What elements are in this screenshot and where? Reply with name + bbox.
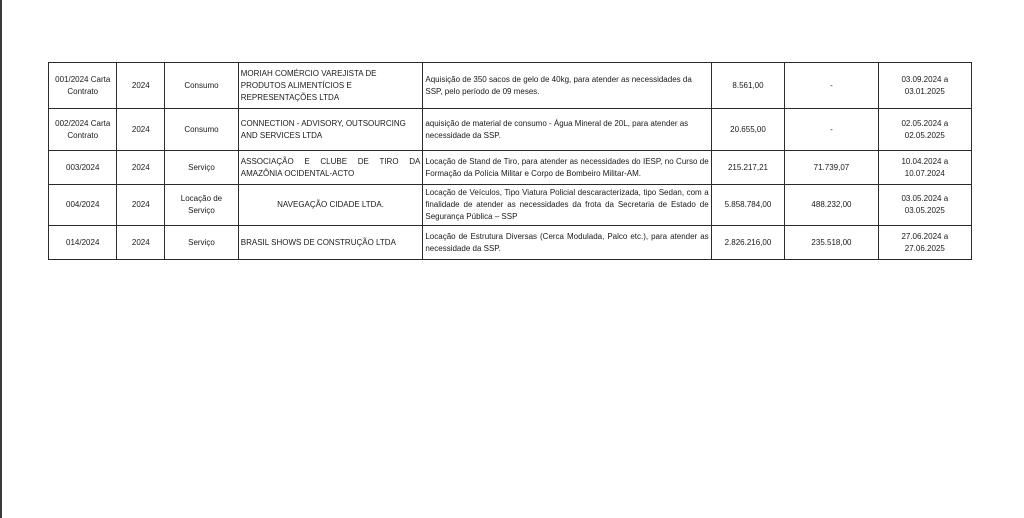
contract-value: 5.858.784,00: [711, 185, 785, 226]
contract-additive: 71.739,07: [785, 151, 878, 185]
table-row: 001/2024 Carta Contrato 2024 Consumo MOR…: [49, 63, 972, 109]
contract-number: 001/2024 Carta Contrato: [49, 63, 117, 109]
contract-type: Locação de Serviço: [165, 185, 239, 226]
contract-number: 014/2024: [49, 226, 117, 260]
contract-type: Consumo: [165, 63, 239, 109]
contract-year: 2024: [117, 185, 165, 226]
contract-type: Consumo: [165, 109, 239, 151]
contract-company: BRASIL SHOWS DE CONSTRUÇÃO LTDA: [238, 226, 423, 260]
contract-value: 20.655,00: [711, 109, 785, 151]
contract-value: 8.561,00: [711, 63, 785, 109]
contract-company: NAVEGAÇÃO CIDADE LTDA.: [238, 185, 423, 226]
contract-year: 2024: [117, 151, 165, 185]
contract-value: 2.826.216,00: [711, 226, 785, 260]
contract-object: Locação de Estrutura Diversas (Cerca Mod…: [423, 226, 711, 260]
table-row: 004/2024 2024 Locação de Serviço NAVEGAÇ…: [49, 185, 972, 226]
contract-number: 002/2024 Carta Contrato: [49, 109, 117, 151]
contract-year: 2024: [117, 226, 165, 260]
contract-additive: 488.232,00: [785, 185, 878, 226]
contract-additive: -: [785, 63, 878, 109]
table-row: 002/2024 Carta Contrato 2024 Consumo CON…: [49, 109, 972, 151]
contracts-table: 001/2024 Carta Contrato 2024 Consumo MOR…: [48, 62, 972, 260]
contract-company: CONNECTION - ADVISORY, OUTSOURCING AND S…: [238, 109, 423, 151]
contract-year: 2024: [117, 109, 165, 151]
contract-number: 004/2024: [49, 185, 117, 226]
contract-period: 03.05.2024 a 03.05.2025: [878, 185, 971, 226]
contract-additive: -: [785, 109, 878, 151]
contract-value: 215.217,21: [711, 151, 785, 185]
contract-type: Serviço: [165, 151, 239, 185]
contract-additive: 235.518,00: [785, 226, 878, 260]
contract-period: 10.04.2024 a 10.07.2024: [878, 151, 971, 185]
contract-company: ASSOCIAÇÃO E CLUBE DE TIRO DA AMAZÔNIA O…: [238, 151, 423, 185]
contract-type: Serviço: [165, 226, 239, 260]
contract-object: Aquisição de 350 sacos de gelo de 40kg, …: [423, 63, 711, 109]
contract-period: 02.05.2024 a 02.05.2025: [878, 109, 971, 151]
contract-object: Locação de Veículos, Tipo Viatura Polici…: [423, 185, 711, 226]
table-row: 014/2024 2024 Serviço BRASIL SHOWS DE CO…: [49, 226, 972, 260]
table-row: 003/2024 2024 Serviço ASSOCIAÇÃO E CLUBE…: [49, 151, 972, 185]
contract-company: MORIAH COMÉRCIO VAREJISTA DE PRODUTOS AL…: [238, 63, 423, 109]
contract-year: 2024: [117, 63, 165, 109]
contract-period: 03.09.2024 a 03.01.2025: [878, 63, 971, 109]
contract-object: aquisição de material de consumo - Água …: [423, 109, 711, 151]
contract-period: 27.06.2024 a 27.06.2025: [878, 226, 971, 260]
contract-object: Locação de Stand de Tiro, para atender a…: [423, 151, 711, 185]
contract-number: 003/2024: [49, 151, 117, 185]
